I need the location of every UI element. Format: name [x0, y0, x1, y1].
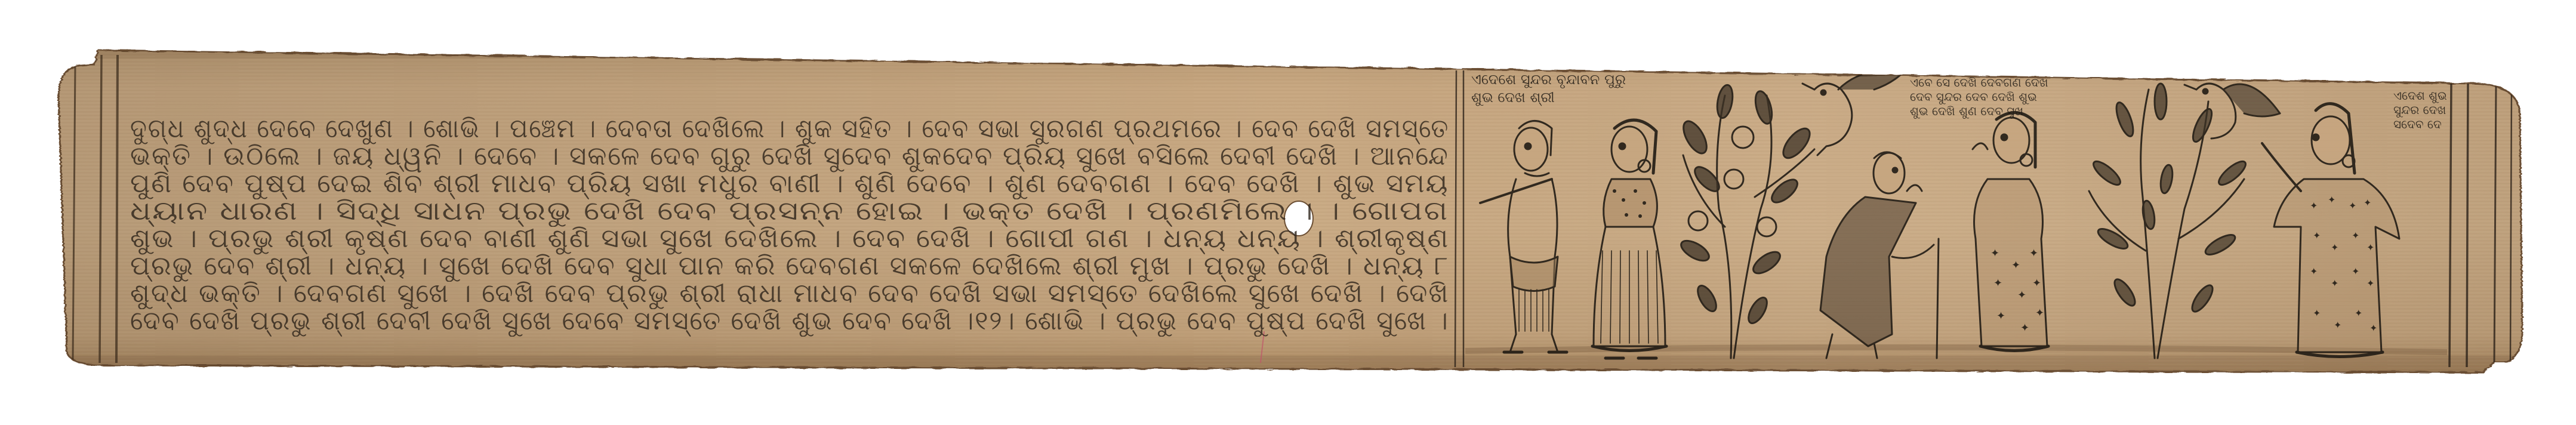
- svg-text:✦: ✦: [2020, 322, 2029, 334]
- svg-text:✦: ✦: [2017, 289, 2026, 301]
- manuscript-text-panel: ଦୁଗ୍ଧ ଶୁଦ୍ଧ ଦେବେ ଦେଖୁଣ । ଶୋଭି । ପଞ୍ଚେମ ।…: [130, 90, 1458, 340]
- svg-text:✦: ✦: [2355, 307, 2362, 319]
- svg-text:✦: ✦: [2334, 319, 2341, 331]
- caption-line: ଏବେ ସେ ଦେଖି ଦେବଗଣ ଦେଖ: [1910, 75, 2048, 90]
- text-line-2: ଭକ୍ତି । ଉଠିଲେ । ଜୟ ଧ୍ୱନି । ଦେବେ । ସକଳେ ଦ…: [130, 141, 1449, 171]
- svg-text:✦: ✦: [2310, 200, 2318, 211]
- svg-text:✦: ✦: [2011, 259, 2020, 272]
- svg-text:✦: ✦: [2352, 230, 2359, 241]
- svg-text:✦: ✦: [2032, 277, 2041, 290]
- caption-top-center: ଏବେ ସେ ଦେଖି ଦେବଗଣ ଦେଖ ଦେବ ସୁନ୍ଦର ଦେବ ଦେଖ…: [1910, 75, 2048, 118]
- caption-line: ଏଦେଶେ ସୁନ୍ଦର ବୃନ୍ଦାବନ ପୁରୁ: [1471, 70, 1626, 88]
- caption-line: ସୁନ୍ଦର ଦେଖ: [2393, 103, 2447, 117]
- text-line-7: ଶୁଦ୍ଧ ଭକ୍ତି । ଦେବଗଣ ସୁଖେ । ଦେଖି ଦେବ ପ୍ରଭ…: [130, 278, 1449, 309]
- caption-top-right: ଏଦେଶ ଶୁଭ ସୁନ୍ଦର ଦେଖ ସଦେବ ଦେ: [2393, 88, 2447, 131]
- svg-text:✦: ✦: [2367, 278, 2374, 289]
- svg-text:✦: ✦: [2364, 197, 2371, 208]
- text-line-1: ଦୁଗ୍ଧ ଶୁଦ୍ଧ ଦେବେ ଦେଖୁଣ । ଶୋଭି । ପଞ୍ଚେମ ।…: [130, 113, 1449, 144]
- manuscript-photo: ✦✦✦ ✦✦✦ ✦✦✦: [0, 0, 2576, 425]
- svg-text:✦: ✦: [2035, 307, 2044, 319]
- svg-text:✦: ✦: [2369, 322, 2377, 334]
- text-line-3: ପୁଣି ଦେବ ପୁଷ୍ପ ଦେଇ ଶିବ ଶ୍ରୀ ମାଧବ ପ୍ରିୟ ସ…: [130, 168, 1449, 199]
- text-line-8: ଦେବ ଦେଖି ପ୍ରଭୁ ଶ୍ରୀ ଦେବୀ ଦେଖି ସୁଖେ ଦେବେ …: [130, 306, 1449, 336]
- svg-text:✦: ✦: [2352, 266, 2359, 277]
- caption-line: ଦେବ ସୁନ୍ଦର ଦେବ ଦେଖି ଶୁଭ: [1910, 90, 2048, 104]
- svg-text:✦: ✦: [2313, 230, 2321, 241]
- text-line-4: ଧ୍ୟାନ ଧାରଣ । ସିଦ୍ଧି ସାଧନ ପ୍ରଭୁ ଦେଖି ଦେବ …: [130, 196, 1449, 226]
- text-line-6: ପ୍ରଭୁ ଦେବ ଶ୍ରୀ । ଧନ୍ୟ । ସୁଖେ ଦେଖି ଦେବ ସୁ…: [130, 251, 1449, 281]
- svg-text:✦: ✦: [1996, 310, 2005, 322]
- svg-text:✦: ✦: [2310, 266, 2318, 277]
- svg-text:✦: ✦: [2029, 247, 2038, 260]
- caption-top-left: ଏଦେଶେ ସୁନ୍ଦର ବୃନ୍ଦାବନ ପୁରୁ ଶୁଭ ଦେଖ ଶ୍ରୀ: [1471, 70, 1626, 106]
- caption-line: ସଦେବ ଦେ: [2393, 117, 2447, 131]
- caption-line: ଶୁଭ ଦେଖ ଶ୍ରୀ: [1471, 88, 1626, 106]
- svg-text:✦: ✦: [2328, 194, 2335, 205]
- svg-text:✦: ✦: [2367, 242, 2374, 253]
- text-line-5: ଶୁଭ । ପ୍ରଭୁ ଶ୍ରୀ କୃଷ୍ଣ ଦେବ ବାଣୀ ଶୁଣି ସଭା…: [130, 223, 1449, 254]
- svg-text:✦: ✦: [2349, 200, 2356, 211]
- caption-line: ଏଦେଶ ଶୁଭ: [2393, 88, 2447, 103]
- svg-text:✦: ✦: [1990, 247, 1999, 260]
- svg-text:✦: ✦: [2313, 307, 2321, 319]
- svg-text:✦: ✦: [1993, 277, 2002, 290]
- caption-line: ଶୁଭ ଦେଖି ଶୁଣ ଦେବ ସୁଖ: [1910, 104, 2048, 118]
- svg-text:✦: ✦: [2331, 242, 2338, 253]
- svg-text:✦: ✦: [2331, 278, 2338, 289]
